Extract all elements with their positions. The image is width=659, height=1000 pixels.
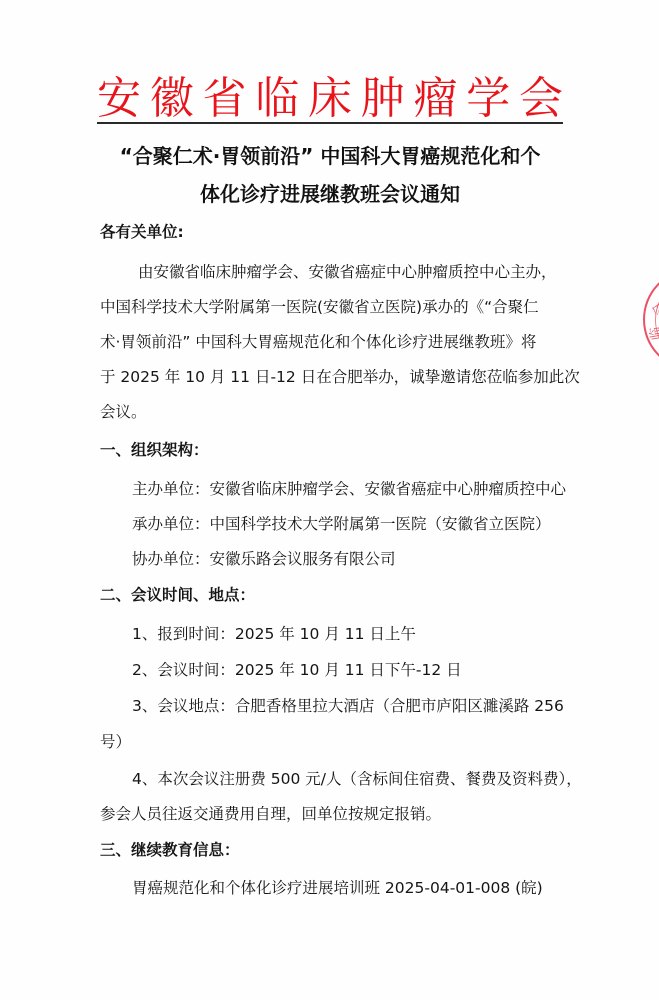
letterhead-char: 徽 xyxy=(150,76,194,122)
document-page: 安 徽 省 临 床 肿 瘤 学 会 “合聚仁术·胃领前沿” 中国科大胃癌规范化和… xyxy=(0,0,659,1000)
document-title-line-2: 体化诊疗进展继教班会议通知 xyxy=(60,178,600,207)
section-title: 会议时间、地点： xyxy=(131,586,255,604)
letterhead-char: 床 xyxy=(308,76,352,122)
letterhead-org-name: 安 徽 省 临 床 肿 瘤 学 会 xyxy=(97,74,563,122)
section-title: 组织架构： xyxy=(131,441,209,459)
letterhead-char: 肿 xyxy=(361,76,405,122)
schedule-item-continued: 号） xyxy=(100,730,131,752)
section-number: 三、 xyxy=(100,841,131,859)
letterhead-char: 会 xyxy=(519,76,563,122)
letterhead-char: 学 xyxy=(466,76,510,122)
letterhead-char: 临 xyxy=(255,76,299,122)
organizer-item: 承办单位：中国科学技术大学附属第一医院（安徽省立医院） xyxy=(132,512,551,534)
official-seal-stamp: 会 临 xyxy=(643,270,659,369)
intro-line: 中国科学技术大学附属第一医院(安徽省立医院)承办的《“合聚仁 xyxy=(100,295,539,317)
continuing-education-item: 胃癌规范化和个体化诊疗进展培训班 2025-04-01-008 (皖) xyxy=(132,876,543,898)
intro-line: 术·胃领前沿” 中国科大胃癌规范化和个体化诊疗进展继教班》将 xyxy=(100,330,536,352)
intro-line: 会议。 xyxy=(100,400,147,422)
section-heading-continuing-education: 三、继续教育信息： xyxy=(100,838,240,860)
schedule-item: 2、会议时间：2025 年 10 月 11 日下午-12 日 xyxy=(132,658,462,680)
intro-line: 于 2025 年 10 月 11 日-12 日在合肥举办，诚挚邀请您莅临参加此次 xyxy=(100,365,580,387)
section-number: 一、 xyxy=(100,441,131,459)
section-heading-organization: 一、组织架构： xyxy=(100,438,209,460)
organizer-item: 主办单位：安徽省临床肿瘤学会、安徽省癌症中心肿瘤质控中心 xyxy=(132,477,566,499)
intro-line: 由安徽省临床肿瘤学会、安徽省癌症中心肿瘤质控中心主办， xyxy=(138,260,557,282)
schedule-item-continued: 参会人员往返交通费用自理，回单位按规定报销。 xyxy=(100,802,441,824)
schedule-item: 1、报到时间：2025 年 10 月 11 日上午 xyxy=(132,622,416,644)
letterhead-char: 瘤 xyxy=(414,76,458,122)
seal-inner-ring xyxy=(655,280,659,360)
schedule-item: 4、本次会议注册费 500 元/人（含标间住宿费、餐费及资料费）， xyxy=(132,767,582,789)
letterhead-char: 省 xyxy=(203,76,247,122)
salutation: 各有关单位: xyxy=(100,220,184,242)
seal-char: 临 xyxy=(644,325,659,341)
section-title: 继续教育信息： xyxy=(131,841,240,859)
seal-char: 会 xyxy=(646,300,659,319)
organizer-item: 协办单位：安徽乐路会议服务有限公司 xyxy=(132,547,396,569)
letterhead-divider xyxy=(97,122,563,124)
document-title-line-1: “合聚仁术·胃领前沿” 中国科大胃癌规范化和个 xyxy=(60,140,600,169)
schedule-item: 3、会议地点：合肥香格里拉大酒店（合肥市庐阳区濉溪路 256 xyxy=(132,694,564,716)
letterhead-char: 安 xyxy=(97,76,141,122)
section-heading-time-location: 二、会议时间、地点： xyxy=(100,583,255,605)
section-number: 二、 xyxy=(100,586,131,604)
